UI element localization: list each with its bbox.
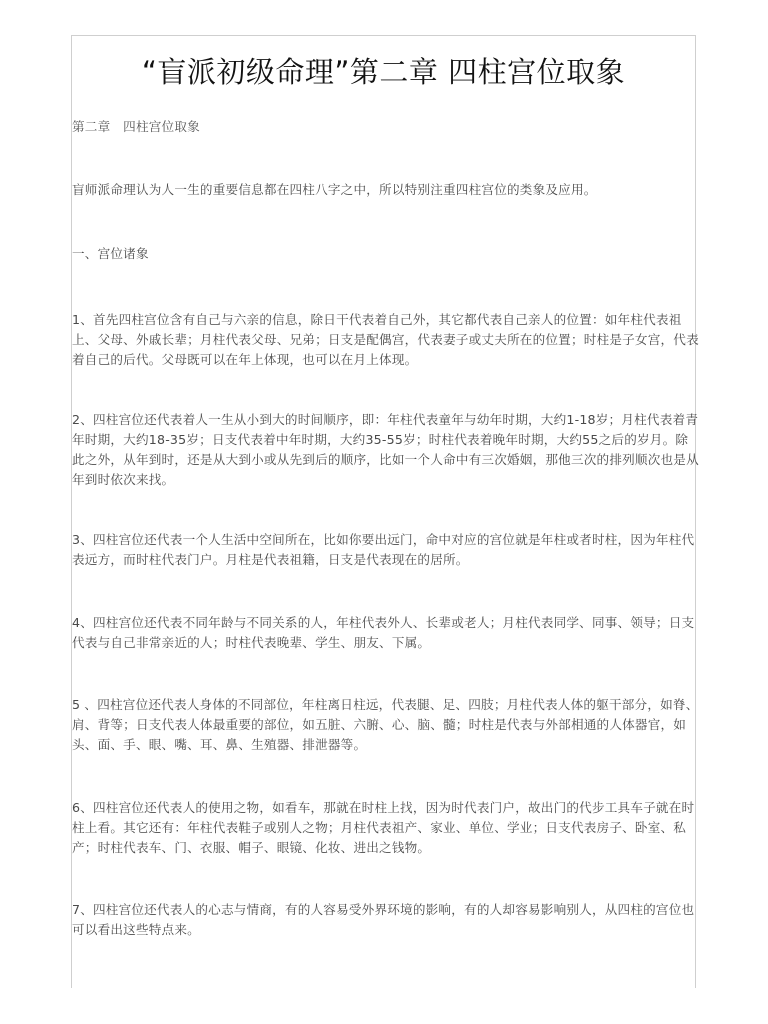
paragraph-4: 4、四柱宫位还代表不同年龄与不同关系的人，年柱代表外人、长辈或老人；月柱代表同学… — [72, 613, 699, 653]
chapter-subtitle: 第二章 四柱宫位取象 — [72, 117, 699, 137]
paragraph-7: 7、四柱宫位还代表人的心志与情商，有的人容易受外界环境的影响，有的人却容易影响别… — [72, 900, 699, 940]
document-page: “盲派初级命理”第二章 四柱宫位取象 第二章 四柱宫位取象 盲师派命理认为人一生… — [71, 35, 696, 988]
paragraph-2: 2、四柱宫位还代表着人一生从小到大的时间顺序，即：年柱代表童年与幼年时期，大约1… — [72, 410, 699, 490]
intro-paragraph: 盲师派命理认为人一生的重要信息都在四柱八字之中，所以特别注重四柱宫位的类象及应用… — [72, 180, 699, 200]
section-heading: 一、宫位诸象 — [72, 244, 699, 264]
paragraph-6: 6、四柱宫位还代表人的使用之物，如看车，那就在时柱上找，因为时代表门户，故出门的… — [72, 798, 699, 858]
paragraph-3: 3、四柱宫位还代表一个人生活中空间所在，比如你要出远门，命中对应的宫位就是年柱或… — [72, 530, 699, 570]
document-title: “盲派初级命理”第二章 四柱宫位取象 — [72, 50, 695, 91]
paragraph-1: 1、首先四柱宫位含有自己与六亲的信息，除日干代表着自己外，其它都代表自己亲人的位… — [72, 310, 699, 370]
paragraph-5: 5 、四柱宫位还代表人身体的不同部位，年柱离日柱远，代表腿、足、四肢；月柱代表人… — [72, 695, 699, 755]
